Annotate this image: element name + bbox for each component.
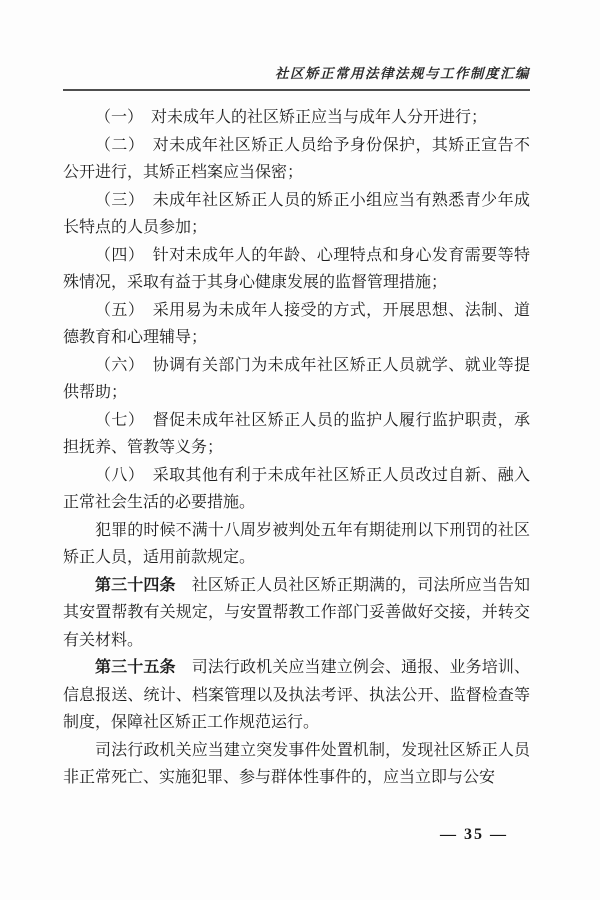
paragraph: （四） 针对未成年人的年龄、心理特点和身心发育需要等特殊情况，采取有益于其身心健… [63, 242, 530, 297]
page-header: 社区矫正常用法律法规与工作制度汇编 [63, 62, 530, 91]
paragraph: （一） 对未成年人的社区矫正应当与成年人分开进行； [63, 104, 530, 132]
page-number: — 35 — [440, 826, 508, 844]
paragraph: 司法行政机关应当建立突发事件处置机制，发现社区矫正人员非正常死亡、实施犯罪、参与… [63, 737, 530, 792]
document-body: （一） 对未成年人的社区矫正应当与成年人分开进行；（二） 对未成年社区矫正人员给… [63, 104, 530, 792]
paragraph: 犯罪的时候不满十八周岁被判处五年有期徒刑以下刑罚的社区矫正人员，适用前款规定。 [63, 517, 530, 572]
article-number: 第三十五条 [95, 659, 176, 676]
paragraph: （二） 对未成年社区矫正人员给予身份保护，其矫正宣告不公开进行，其矫正档案应当保… [63, 132, 530, 187]
running-head-title: 社区矫正常用法律法规与工作制度汇编 [63, 62, 530, 82]
article-number: 第三十四条 [95, 577, 176, 594]
paragraph: 第三十五条 司法行政机关应当建立例会、通报、业务培训、信息报送、统计、档案管理以… [63, 654, 530, 737]
paragraph: 第三十四条 社区矫正人员社区矫正期满的，司法所应当告知其安置帮教有关规定，与安置… [63, 572, 530, 655]
header-rule [63, 89, 530, 91]
paragraph: （六） 协调有关部门为未成年社区矫正人员就学、就业等提供帮助； [63, 352, 530, 407]
paragraph: （七） 督促未成年社区矫正人员的监护人履行监护职责，承担抚养、管教等义务； [63, 407, 530, 462]
paragraph: （三） 未成年社区矫正人员的矫正小组应当有熟悉青少年成长特点的人员参加； [63, 187, 530, 242]
paragraph: （五） 采用易为未成年人接受的方式，开展思想、法制、道德教育和心理辅导； [63, 297, 530, 352]
paragraph: （八） 采取其他有利于未成年社区矫正人员改过自新、融入正常社会生活的必要措施。 [63, 462, 530, 517]
document-page: 社区矫正常用法律法规与工作制度汇编 （一） 对未成年人的社区矫正应当与成年人分开… [0, 0, 600, 900]
